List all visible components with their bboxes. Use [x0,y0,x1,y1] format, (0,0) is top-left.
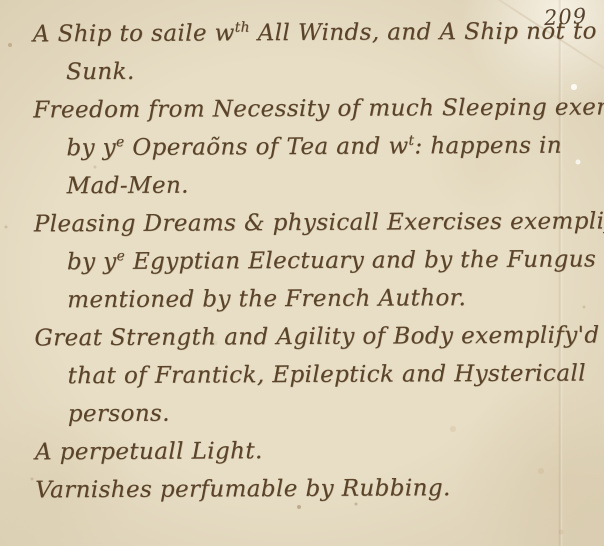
line-text: Sunk. [66,59,135,85]
line-text: Mad-Men. [67,173,189,200]
line-text: persons. [68,401,170,428]
line-text: that of Frantick, Epileptick and Hysteri… [68,360,586,389]
superscript-abbreviation: e [117,248,126,264]
line-text: A perpetuall Light. [35,438,263,465]
manuscript-line: by ye Operaõns of Tea and wt: happens in [0,126,597,167]
manuscript-line: by ye Egyptian Electuary and by the Fung… [0,240,598,281]
manuscript-page: 209 A Ship to saile wth All Winds, and A… [0,0,604,546]
manuscript-text: A Ship to saile wth All Winds, and A Shi… [0,12,599,509]
line-text: Operaõns of Tea and w [125,133,409,160]
line-text: All Winds, and A Ship not to be [250,18,604,46]
line-text: Varnishes perfumable by Rubbing. [35,475,451,503]
line-text: Great Strength and Agility of Body exemp… [34,322,604,351]
manuscript-line: that of Frantick, Epileptick and Hysteri… [1,354,599,395]
manuscript-line: A Ship to saile wth All Winds, and A Shi… [0,12,597,53]
line-text: A Ship to saile w [33,20,235,47]
manuscript-line: Pleasing Dreams & physicall Exercises ex… [0,202,598,243]
superscript-abbreviation: th [235,20,250,36]
line-text: by y [67,249,117,275]
manuscript-line: persons. [1,392,599,433]
manuscript-line: A perpetuall Light. [1,430,599,471]
paper-foxing-specks [0,0,2,2]
line-text: by y [66,135,116,161]
line-text: Egyptian Electuary and by the Fungus [125,246,596,274]
line-text: mentioned by the French Author. [67,285,466,313]
superscript-abbreviation: e [116,134,125,150]
manuscript-line: mentioned by the French Author. [0,278,598,319]
manuscript-line: Varnishes perfumable by Rubbing. [1,468,599,509]
line-text: Freedom from Necessity of much Sleeping … [33,94,604,123]
manuscript-line: Freedom from Necessity of much Sleeping … [0,88,597,129]
manuscript-line: Great Strength and Agility of Body exemp… [0,316,598,357]
manuscript-line: Mad-Men. [0,164,598,205]
line-text: Pleasing Dreams & physicall Exercises ex… [34,208,604,237]
manuscript-line: Sunk. [0,50,597,91]
line-text: : happens in [414,133,562,160]
